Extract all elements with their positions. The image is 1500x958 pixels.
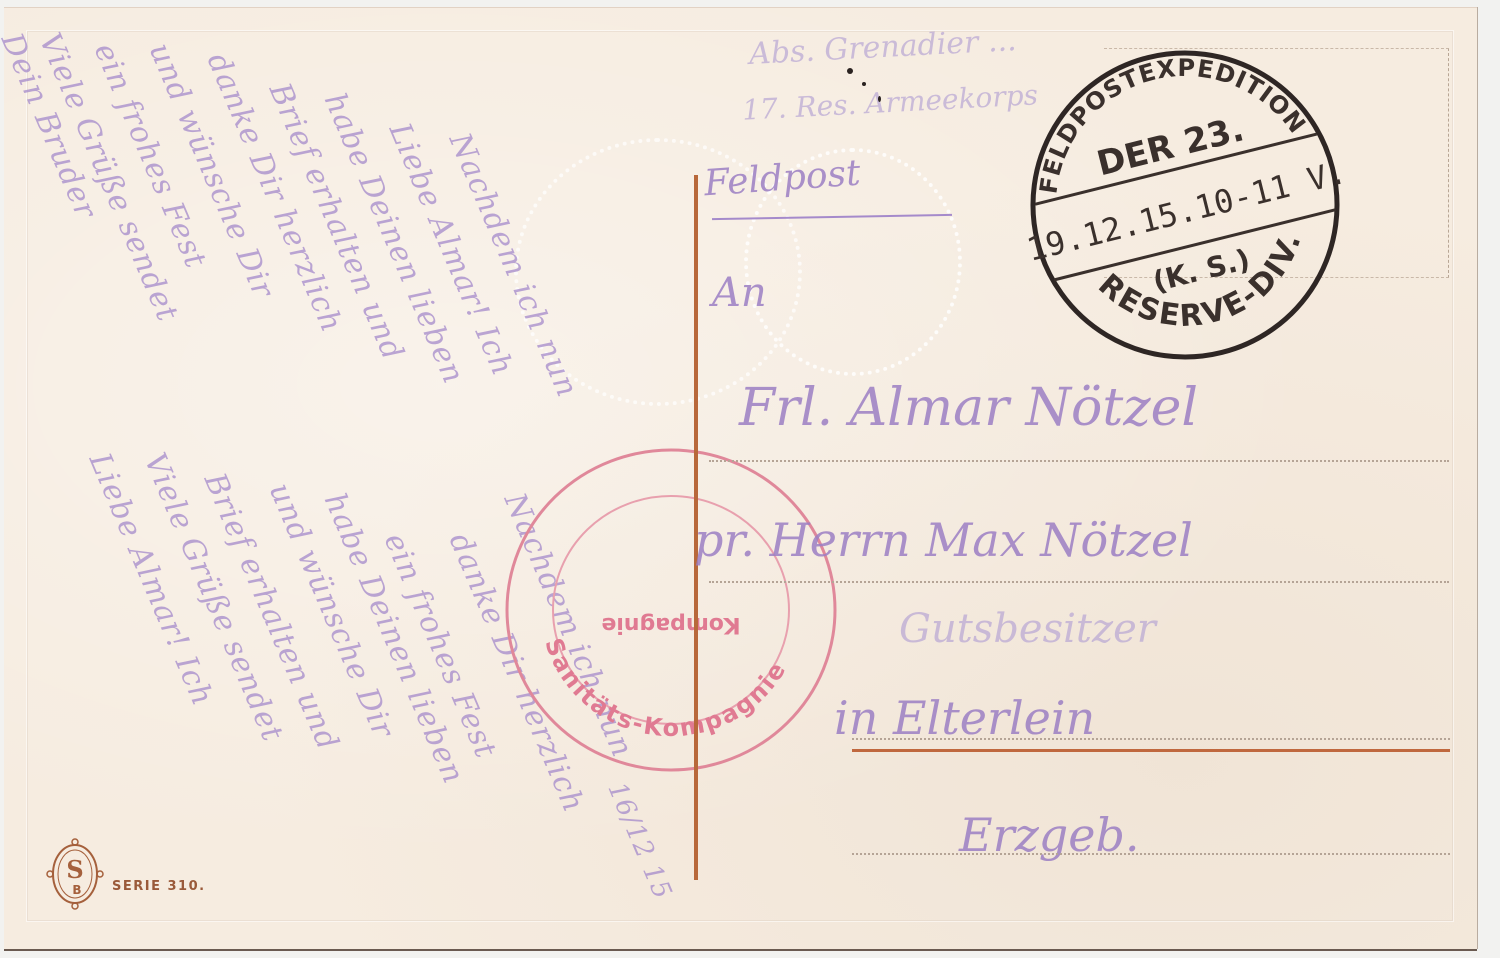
publisher-mark: S B SERIE 310.	[44, 834, 206, 912]
series-label: SERIE 310.	[112, 879, 206, 894]
address-guide-line	[709, 581, 1449, 583]
address-line-4: in Elterlein	[834, 691, 1095, 745]
address-line-1: Frl. Almar Nötzel	[739, 378, 1198, 438]
address-salutation: An	[712, 270, 767, 316]
address-main-line	[852, 749, 1450, 752]
unit-stamp: Kompagnie Sanitäts-Kompagnie	[501, 444, 841, 776]
address-guide-line	[852, 853, 1450, 855]
address-line-2: pr. Herrn Max Nötzel	[694, 513, 1193, 567]
ink-speck	[847, 68, 853, 74]
address-line-3: Gutsbesitzer	[899, 606, 1156, 652]
svg-text:DER 23.: DER 23.	[1093, 109, 1248, 184]
svg-text:S: S	[66, 855, 83, 884]
address-guide-line	[852, 738, 1450, 740]
ink-speck	[878, 96, 881, 102]
svg-text:B: B	[72, 883, 81, 897]
ink-speck	[862, 82, 866, 86]
postmark: FELDPOSTEXPEDITION RESERVE-DIV. DER 23. …	[1026, 46, 1344, 364]
publisher-monogram-icon: S B	[44, 834, 106, 912]
postcard: Nachdem ich nun Liebe Almar! Ich habe De…	[4, 7, 1477, 949]
svg-text:Sanitäts-Kompagnie: Sanitäts-Kompagnie	[539, 635, 792, 743]
unit-stamp-center: Kompagnie	[601, 612, 740, 637]
address-guide-line	[709, 460, 1449, 462]
